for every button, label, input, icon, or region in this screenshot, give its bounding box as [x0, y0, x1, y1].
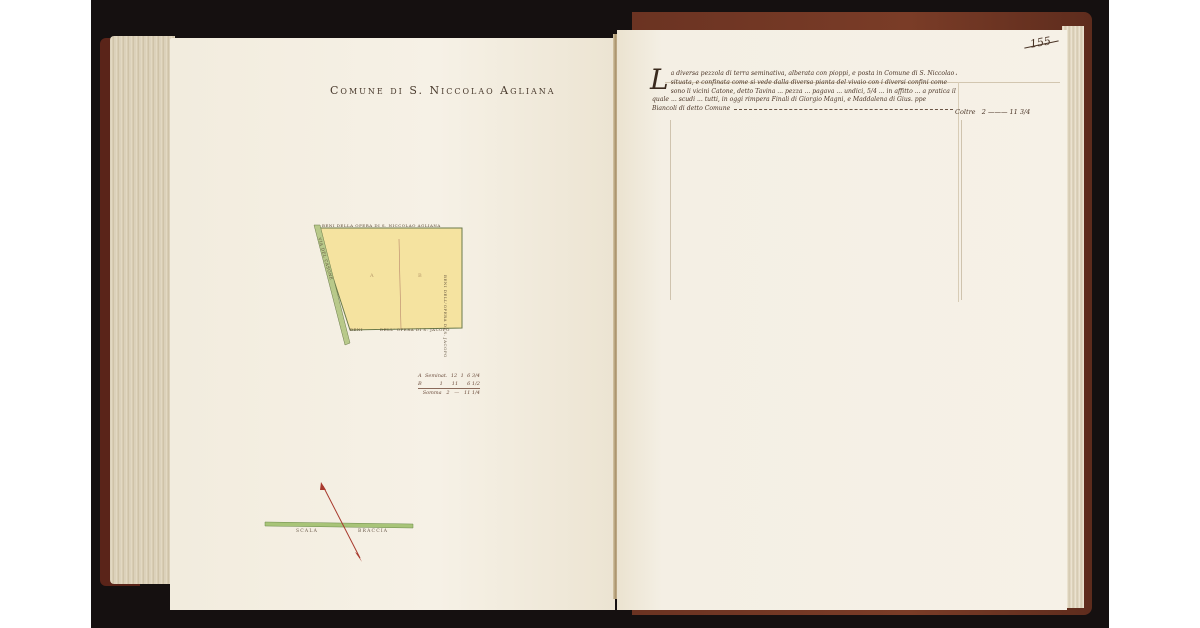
drop-capital: L [650, 68, 669, 92]
amount-value: 2 ——— 11 3/4 [982, 108, 1031, 116]
right-page [617, 30, 1067, 610]
scale-and-arrow-drawing [263, 478, 423, 568]
page-title: Comune di S. Niccolao Agliana [330, 84, 556, 97]
area-total: Coltre 2 ——— 11 3/4 [955, 108, 1030, 116]
left-page-stack [110, 36, 175, 584]
area-tally: A Seminat. 12 1 6 3/4 B 1 11 6 1/2 Somma… [418, 372, 480, 397]
manuscript-entry: L a diversa pezzola di terra seminativa,… [652, 70, 957, 114]
scale-label-right: BRACCIA [358, 529, 388, 534]
label-bottom-boundary: DELL' OPERA DI S. JACOPO [380, 327, 450, 332]
parcel-a-letter: A [370, 273, 374, 279]
label-top-boundary: BENI DELLA OPERA DI S. NICCOLAO AGLIANA [322, 223, 441, 228]
entry-line-final: Biancoli di detto Comune [652, 105, 957, 114]
ruled-box [670, 120, 962, 300]
label-right-boundary: BENI DELL'OPERA DI S. JACOPO [443, 275, 448, 358]
entry-line: a diversa pezzola di terra seminativa, a… [671, 70, 957, 79]
entry-line: quale ... scudi ... tutti, in oggi rimpe… [652, 96, 957, 105]
scale-bar-compass: SCALA BRACCIA [263, 478, 423, 568]
north-arrow-icon [320, 482, 326, 490]
tally-total-row: Somma 2 — 11 1/4 [418, 388, 480, 397]
label-bottom-left: BENI [350, 327, 363, 332]
parcel-b-letter: B [418, 273, 422, 279]
amount-label: Coltre [955, 108, 976, 116]
entry-line: sono li vicini Catone, detto Tavina ... … [671, 88, 957, 97]
tally-row: A Seminat. 12 1 6 3/4 [418, 372, 480, 380]
tally-row: B 1 11 6 1/2 [418, 380, 480, 388]
scale-label-left: SCALA [296, 529, 318, 534]
cadastral-map: BENI DELLA OPERA DI S. NICCOLAO AGLIANA … [300, 215, 500, 350]
dash-leader [734, 105, 953, 110]
entry-line: situata, e confinata come si vede dalla … [671, 79, 957, 88]
